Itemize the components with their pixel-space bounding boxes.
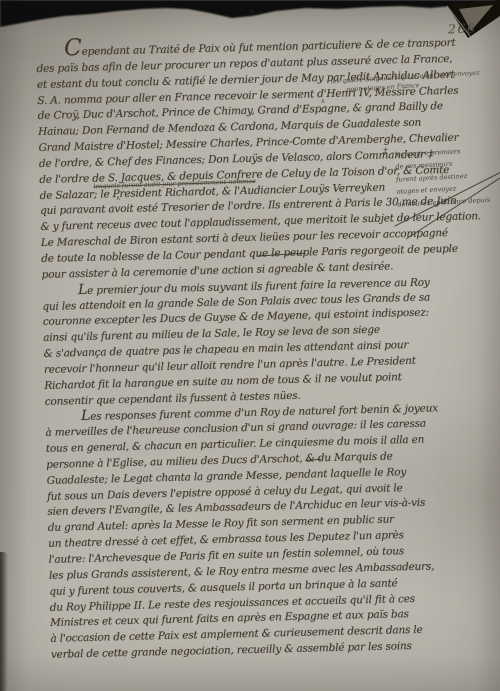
manuscript-text: Cependant au Traité de Paix où fut menti… xyxy=(36,36,463,664)
caret-mark: ∧ xyxy=(320,94,325,110)
folio-number: 266 xyxy=(448,21,477,37)
renvoi-mark: ‡ xyxy=(383,147,388,157)
scan-edge-left xyxy=(0,552,8,691)
manuscript-scan: 266 Cependant au Traité de Paix où fut m… xyxy=(0,0,500,691)
caret-mark: ∧ xyxy=(116,191,121,207)
margin-note: les quatre premiers de ces messieurs fur… xyxy=(394,143,500,210)
